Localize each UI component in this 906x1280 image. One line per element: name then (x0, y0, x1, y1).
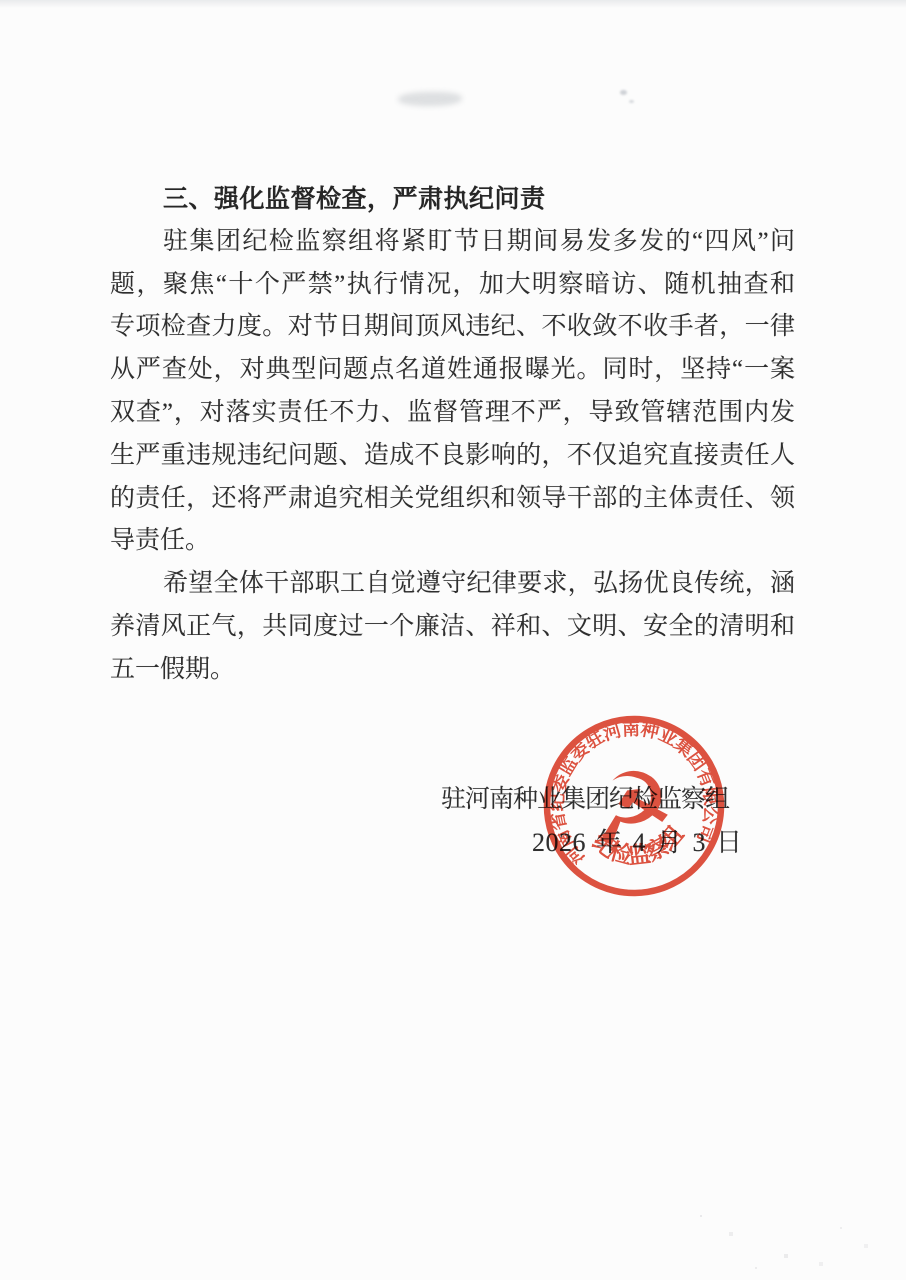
text-line: 双查”，对落实责任不力、监督管理不严，导致管辖范围内发 (110, 392, 795, 435)
scan-artifact-specks (620, 90, 627, 95)
text-line: 的责任，还将严肃追究相关党组织和领导干部的主体责任、领 (110, 478, 795, 521)
text-line: 驻集团纪检监察组将紧盯节日期间易发多发的“四风”问 (110, 221, 795, 264)
text-line: 专项检查力度。对节日期间顶风违纪、不收敛不收手者，一律 (110, 306, 795, 349)
section-heading: 三、强化监督检查，严肃执纪问责 (110, 178, 795, 221)
text-line: 养清风正气，共同度过一个廉洁、祥和、文明、安全的清明和 (110, 606, 795, 649)
text-line: 生严重违规违纪问题、造成不良影响的，不仅追究直接责任人 (110, 435, 795, 478)
text-line: 导责任。 (110, 520, 795, 563)
official-seal-stamp: ☭ 河南省纪委监委驻河南种业集团有限公司 纪检监察组 (480, 652, 789, 961)
scan-artifact-smudge (398, 92, 462, 106)
paragraph-1: 驻集团纪检监察组将紧盯节日期间易发多发的“四风”问题，聚焦“十个严禁”执行情况，… (110, 221, 795, 563)
scan-artifact-noise (700, 1215, 702, 1217)
scan-artifact-top-edge (0, 0, 906, 8)
text-line: 题，聚焦“十个严禁”执行情况，加大明察暗访、随机抽查和 (110, 264, 795, 307)
document-body: 三、强化监督检查，严肃执纪问责 驻集团纪检监察组将紧盯节日期间易发多发的“四风”… (110, 178, 795, 692)
text-line: 希望全体干部职工自觉遵守纪律要求，弘扬优良传统，涵 (110, 563, 795, 606)
text-line: 从严查处，对典型问题点名道姓通报曝光。同时，坚持“一案 (110, 349, 795, 392)
document-page: 三、强化监督检查，严肃执纪问责 驻集团纪检监察组将紧盯节日期间易发多发的“四风”… (0, 0, 906, 1280)
